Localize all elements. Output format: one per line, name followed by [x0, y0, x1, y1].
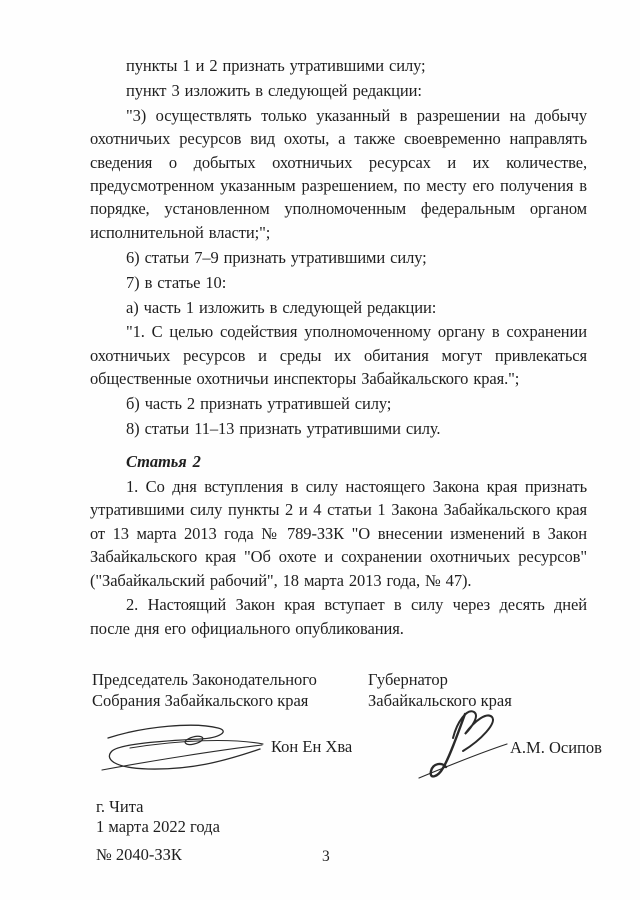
paragraph: пункт 3 изложить в следующей редакции: — [90, 79, 587, 102]
document-body: пункты 1 и 2 признать утратившими силу; … — [90, 54, 587, 642]
signatory-title-left-line2: Собрания Забайкальского края — [92, 691, 317, 712]
paragraph: 7) в статье 10: — [90, 271, 587, 294]
paragraph: 1. Со дня вступления в силу настоящего З… — [90, 475, 587, 592]
paragraph: пункты 1 и 2 признать утратившими силу; — [90, 54, 587, 77]
paragraph: а) часть 1 изложить в следующей редакции… — [90, 296, 587, 319]
paragraph: "1. С целью содействия уполномоченному о… — [90, 320, 587, 390]
document-page: пункты 1 и 2 признать утратившими силу; … — [0, 0, 640, 900]
footer-city: г. Чита — [96, 797, 220, 817]
document-number: № 2040-ЗЗК — [96, 845, 182, 865]
signatory-name-right: А.М. Осипов — [510, 738, 602, 758]
signatory-title-right-line1: Губернатор — [368, 670, 512, 691]
page-number: 3 — [322, 848, 330, 866]
paragraph: 6) статьи 7–9 признать утратившими силу; — [90, 246, 587, 269]
footer-date: 1 марта 2022 года — [96, 817, 220, 837]
paragraph: 8) статьи 11–13 признать утратившими сил… — [90, 417, 587, 440]
signatory-title-left-line1: Председатель Законодательного — [92, 670, 317, 691]
signatory-name-left: Кон Ен Хва — [271, 737, 352, 757]
signature-right-handwriting — [413, 704, 511, 784]
signatory-title-left: Председатель Законодательного Собрания З… — [92, 670, 317, 711]
signature-left-handwriting — [100, 718, 265, 773]
footer-place-date: г. Чита 1 марта 2022 года — [96, 797, 220, 837]
paragraph: "3) осуществлять только указанный в разр… — [90, 104, 587, 244]
article-2-heading: Статья 2 — [90, 450, 587, 473]
paragraph: б) часть 2 признать утратившей силу; — [90, 392, 587, 415]
paragraph: 2. Настоящий Закон края вступает в силу … — [90, 593, 587, 640]
